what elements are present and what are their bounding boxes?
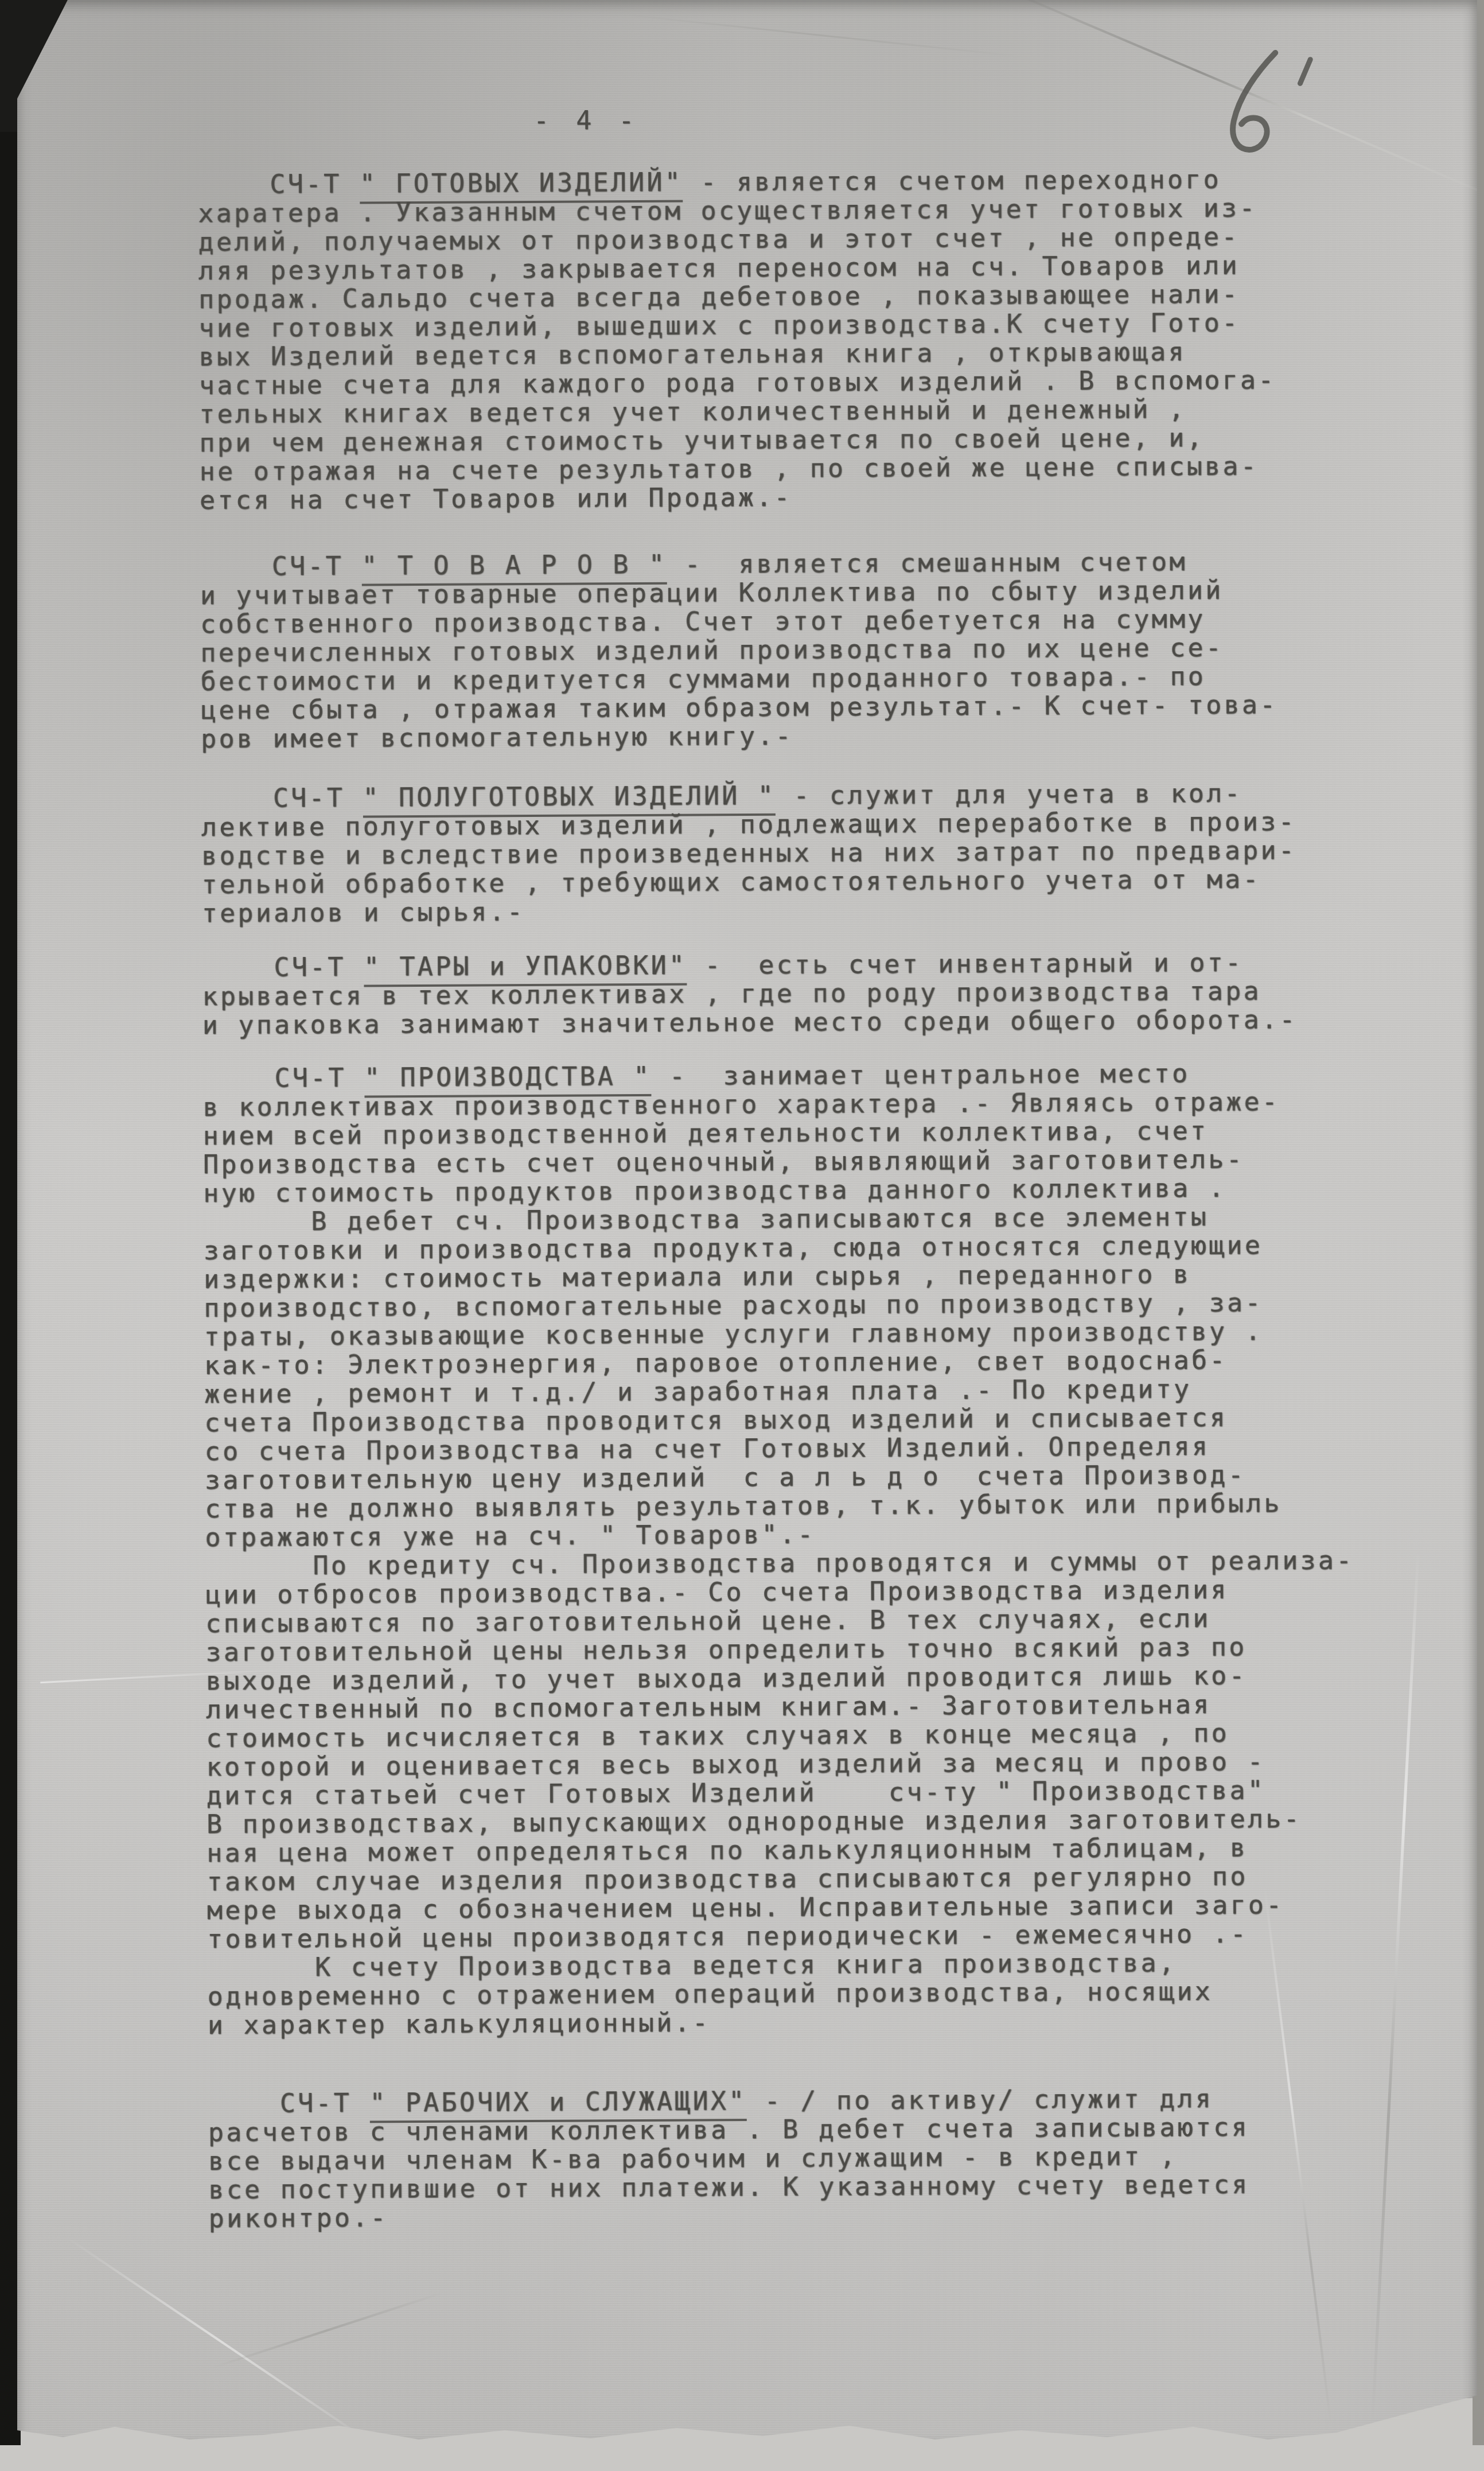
section-gotovyh-izdeliy: СЧ-Т " ГОТОВЫХ ИЗДЕЛИЙ" - является счето… — [198, 165, 1347, 515]
section-tovarov: СЧ-Т " Т О В А Р О В " - является смешан… — [200, 547, 1348, 753]
heading-tail: - / по активу/ служит для — [746, 2083, 1213, 2116]
heading-tail: - является счетом переходного — [683, 164, 1221, 197]
crease-line — [212, 2292, 442, 2369]
heading-tail: - занимает центральное место — [651, 1058, 1190, 1091]
account-prefix: СЧ-Т — [200, 551, 361, 582]
heading-tail: - служит для учета в кол- — [776, 777, 1242, 810]
crease-line — [621, 13, 1020, 57]
section-body: в коллективах производственного характер… — [202, 1087, 1355, 2040]
section-body: крывается в тех коллективах , где по род… — [202, 976, 1349, 1040]
section-proizvodstva: СЧ-Т " ПРОИЗВОДСТВА " - занимает централ… — [202, 1059, 1355, 2040]
account-prefix: СЧ-Т — [208, 2087, 370, 2118]
account-prefix: СЧ-Т — [198, 169, 360, 200]
handwritten-mark — [1200, 37, 1327, 178]
page-number: - 4 - — [533, 106, 640, 135]
section-body: харатера . Указанным счетом осуществляет… — [198, 193, 1347, 515]
crease-line — [1371, 1550, 1420, 2421]
section-polugotovyh-izdeliy: СЧ-Т " ПОЛУГОТОВЫХ ИЗДЕЛИЙ " - служит дл… — [201, 779, 1349, 928]
section-rabochih-i-sluzhashih: СЧ-Т " РАБОЧИХ и СЛУЖАЩИХ" - / по активу… — [208, 2083, 1356, 2232]
account-prefix: СЧ-Т — [202, 952, 364, 983]
account-prefix: СЧ-Т — [201, 783, 363, 814]
section-body: лективе полуготовых изделий , подлежащих… — [201, 807, 1349, 928]
heading-tail: - есть счет инвентарный и от- — [687, 947, 1243, 980]
section-tary-i-upakovki: СЧ-Т " ТАРЫ и УПАКОВКИ" - есть счет инве… — [202, 948, 1350, 1040]
crease-line — [68, 2237, 373, 2445]
typewritten-text: СЧ-Т " ГОТОВЫХ ИЗДЕЛИЙ" - является счето… — [198, 165, 1356, 2233]
account-prefix: СЧ-Т — [202, 1063, 364, 1094]
section-body: расчетов с членами коллектива . В дебет … — [208, 2112, 1356, 2232]
section-body: и учитывает товарные операции Коллектива… — [200, 575, 1349, 753]
heading-tail: - является смешанным счетом — [667, 546, 1187, 579]
